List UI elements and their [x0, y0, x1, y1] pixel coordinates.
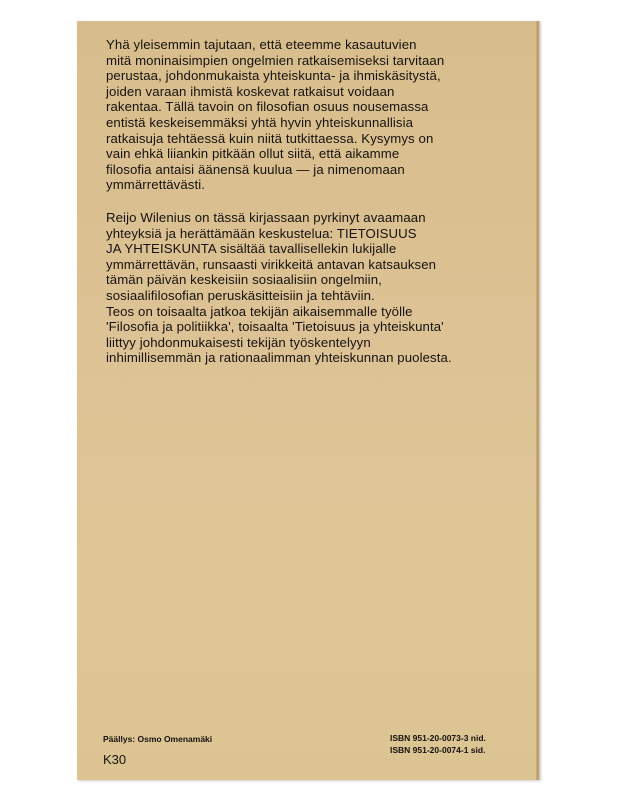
isbn-hardcover: ISBN 951-20-0074-1 sid.	[390, 744, 486, 756]
blurb-line: entistä keskeisemmäksi yhtä hyvin yhteis…	[106, 115, 536, 131]
blurb-line: Reijo Wilenius on tässä kirjassaan pyrki…	[106, 210, 536, 226]
isbn-block: ISBN 951-20-0073-3 nid. ISBN 951-20-0074…	[390, 732, 486, 756]
blurb-line: JA YHTEISKUNTA sisältää tavallisellekin …	[106, 241, 536, 257]
blurb-line: inhimillisemmän ja rationaalimman yhteis…	[106, 350, 536, 366]
blurb-line: Yhä yleisemmin tajutaan, että eteemme ka…	[106, 37, 536, 53]
blurb-line: ymmärrettävän, runsaasti virikkeitä anta…	[106, 257, 536, 273]
blurb-line: perustaa, johdonmukaista yhteiskunta- ja…	[106, 68, 536, 84]
blurb-line: sosiaalifilosofian peruskäsitteisiin ja …	[106, 288, 536, 304]
blurb-line: mitä moninaisimpien ongelmien ratkaisemi…	[106, 53, 536, 69]
blurb-text: Yhä yleisemmin tajutaan, että eteemme ka…	[106, 37, 536, 366]
blurb-line: 'Filosofia ja politiikka', toisaalta 'Ti…	[106, 319, 536, 335]
blurb-paragraph-2: Reijo Wilenius on tässä kirjassaan pyrki…	[106, 210, 536, 366]
catalog-code: K30	[103, 752, 126, 767]
blurb-paragraph-1: Yhä yleisemmin tajutaan, että eteemme ka…	[106, 37, 536, 193]
blurb-line: rakentaa. Tällä tavoin on filosofian osu…	[106, 99, 536, 115]
blurb-line: Teos on toisaalta jatkoa tekijän aikaise…	[106, 304, 536, 320]
blurb-line: liittyy johdonmukaisesti tekijän työsken…	[106, 335, 536, 351]
cover-designer-credit: Päällys: Osmo Omenamäki	[103, 734, 212, 744]
blurb-line: ratkaisuja tehtäessä kuin niitä tutkitta…	[106, 131, 536, 147]
blurb-line: yhteyksiä ja herättämään keskustelua: TI…	[106, 226, 536, 242]
isbn-paperback: ISBN 951-20-0073-3 nid.	[390, 732, 486, 744]
cover-page-edge	[536, 21, 540, 780]
book-back-cover: Yhä yleisemmin tajutaan, että eteemme ka…	[77, 21, 540, 780]
blurb-line: joiden varaan ihmistä koskevat ratkaisut…	[106, 84, 536, 100]
blurb-line: filosofia antaisi äänensä kuulua — ja ni…	[106, 162, 536, 178]
blurb-line: vain ehkä liiankin pitkään ollut siitä, …	[106, 146, 536, 162]
blurb-line: ymmärrettävästi.	[106, 177, 536, 193]
blurb-line: tämän päivän keskeisiin sosiaalisiin ong…	[106, 272, 536, 288]
